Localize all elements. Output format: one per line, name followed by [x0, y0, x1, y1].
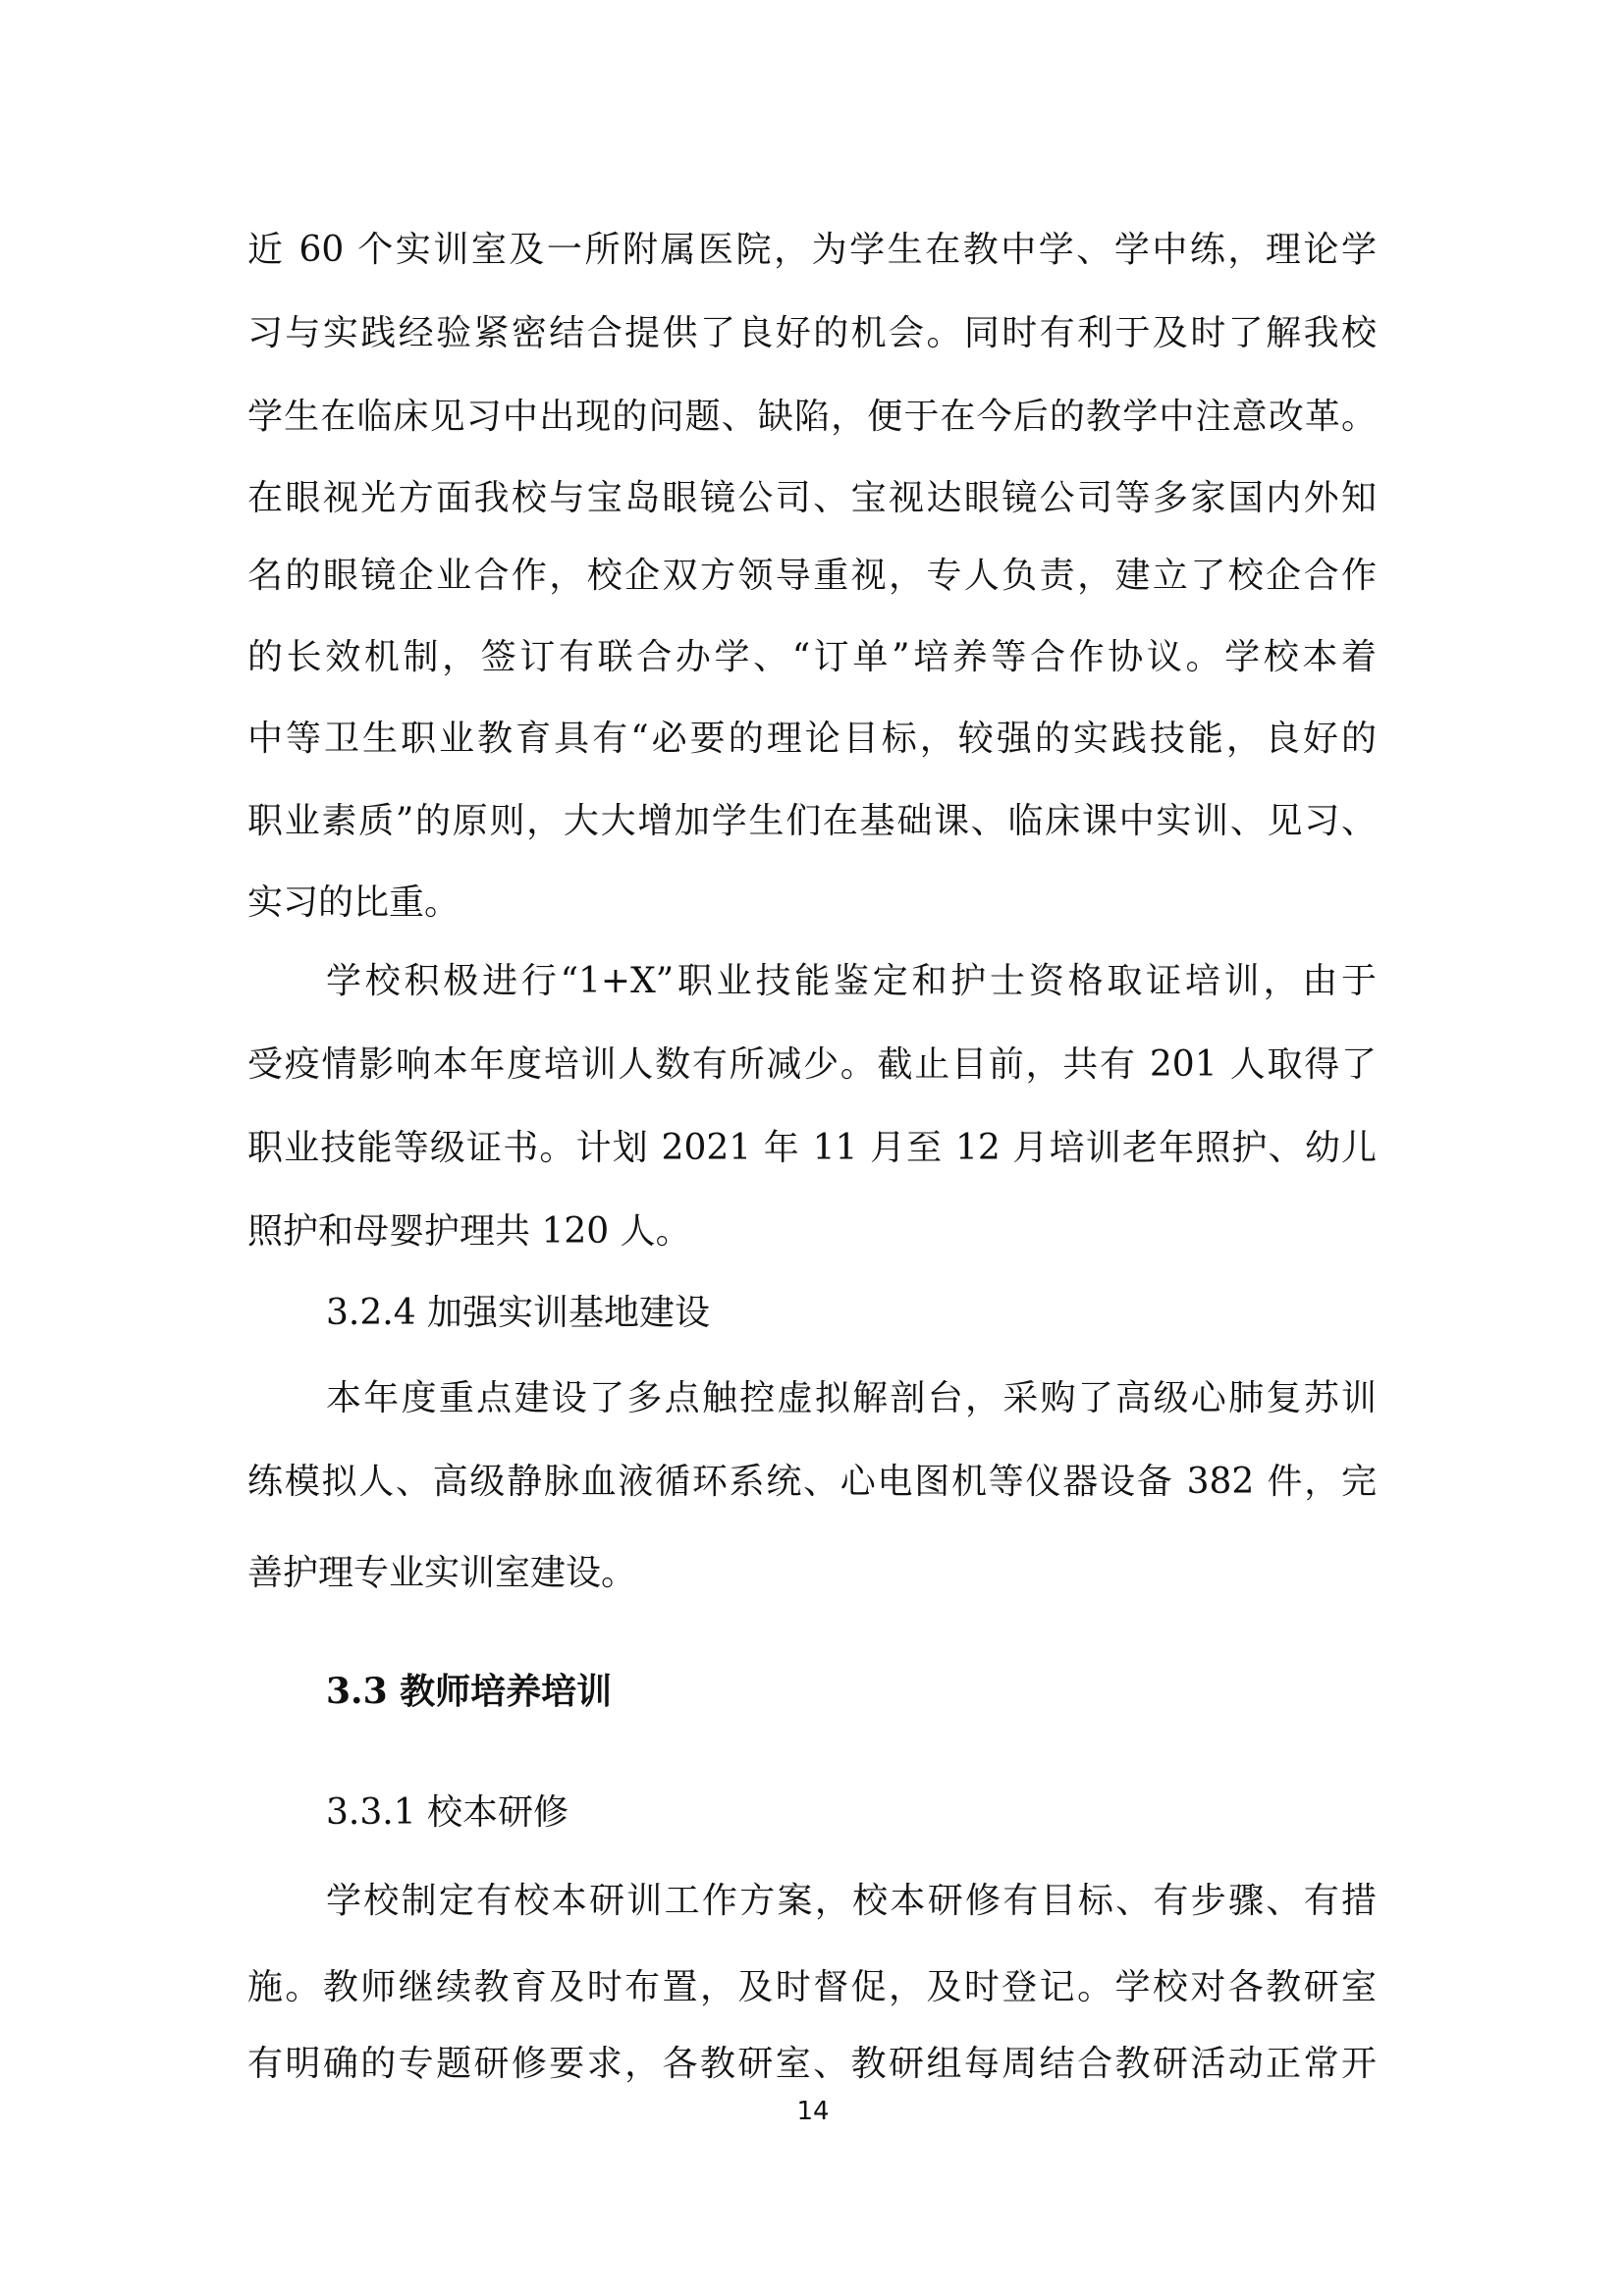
- body-line: 受疫情影响本年度培训人数有所减少。截止目前，共有 201 人取得了: [247, 1043, 1377, 1087]
- body-line: 实习的比重。: [247, 881, 1377, 925]
- section-heading-3-3: 3.3 教师培养培训: [326, 1670, 612, 1713]
- body-line: 名的眼镜企业合作，校企双方领导重视，专人负责，建立了校企合作: [247, 555, 1377, 598]
- body-line: 有明确的专题研修要求，各教研室、教研组每周结合教研活动正常开: [247, 2043, 1377, 2086]
- body-line: 中等卫生职业教育具有“必要的理论目标，较强的实践技能，良好的: [247, 718, 1377, 761]
- body-line: 施。教师继续教育及时布置，及时督促，及时登记。学校对各教研室: [247, 1966, 1377, 2009]
- document-page: 近 60 个实训室及一所附属医院，为学生在教中学、学中练，理论学 习与实践经验紧…: [0, 0, 1624, 2296]
- body-line: 学生在临床见习中出现的问题、缺陷，便于在今后的教学中注意改革。: [247, 396, 1377, 439]
- body-line: 的长效机制，签订有联合办学、“订单”培养等合作协议。学校本着: [247, 636, 1377, 679]
- body-line: 职业技能等级证书。计划 2021 年 11 月至 12 月培训老年照护、幼儿: [247, 1127, 1377, 1170]
- section-heading-3-3-1: 3.3.1 校本研修: [326, 1791, 568, 1835]
- body-line: 本年度重点建设了多点触控虚拟解剖台，采购了高级心肺复苏训: [326, 1377, 1377, 1420]
- page-number: 14: [785, 2097, 840, 2126]
- body-line: 练模拟人、高级静脉血液循环系统、心电图机等仪器设备 382 件，完: [247, 1461, 1377, 1504]
- body-line: 习与实践经验紧密结合提供了良好的机会。同时有利于及时了解我校: [247, 312, 1377, 355]
- body-line: 在眼视光方面我校与宝岛眼镜公司、宝视达眼镜公司等多家国内外知: [247, 477, 1377, 520]
- body-line: 学校积极进行“1+X”职业技能鉴定和护士资格取证培训，由于: [326, 960, 1377, 1003]
- section-heading-3-2-4: 3.2.4 加强实训基地建设: [326, 1292, 710, 1335]
- body-line: 职业素质”的原则，大大增加学生们在基础课、临床课中实训、见习、: [247, 800, 1377, 843]
- body-line: 照护和母婴护理共 120 人。: [247, 1210, 1377, 1254]
- body-line: 近 60 个实训室及一所附属医院，为学生在教中学、学中练，理论学: [247, 229, 1377, 272]
- body-line: 学校制定有校本研训工作方案，校本研修有目标、有步骤、有措: [326, 1880, 1377, 1923]
- body-line: 善护理专业实训室建设。: [247, 1552, 1377, 1595]
